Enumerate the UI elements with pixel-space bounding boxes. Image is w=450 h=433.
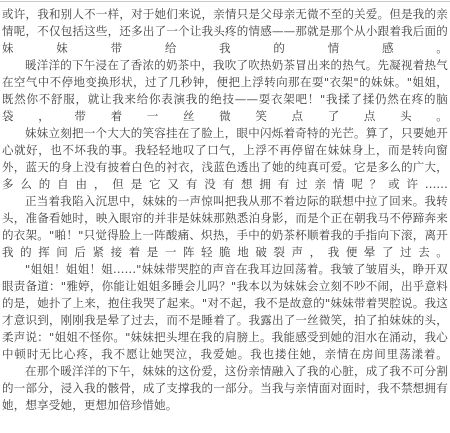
essay-paragraph-2: 暖洋洋的下午浸在了香浓的奶茶中，我吹了吹热奶茶冒出来的热气。先凝视着热气在空气中… bbox=[2, 57, 448, 125]
essay-paragraph-1: 或许，我和别人不一样，对于她们来说，亲情只是父母亲无微不至的关爱。但是我的亲情呢… bbox=[2, 6, 448, 57]
essay-text-block: 或许，我和别人不一样，对于她们来说，亲情只是父母亲无微不至的关爱。但是我的亲情呢… bbox=[2, 6, 448, 414]
essay-paragraph-4: 正当着我陷入沉思中，妹妹的一声惊叫把我从那不着边际的联想中拉了回来。我转头，准备… bbox=[2, 193, 448, 261]
essay-paragraph-6: 在那个暖洋洋的下午，妹妹的这份爱，这份亲情融入了我的心脏，成了我不可分割的一部分… bbox=[2, 363, 448, 414]
top-divider-line bbox=[0, 1, 450, 2]
document-page: 或许，我和别人不一样，对于她们来说，亲情只是父母亲无微不至的关爱。但是我的亲情呢… bbox=[0, 0, 450, 433]
essay-paragraph-3: 妹妹立刻把一个大大的笑容挂在了脸上，眼中闪烁着奇特的光芒。算了，只要她开心就好，… bbox=[2, 125, 448, 193]
essay-paragraph-5: "姐姐！姐姐！姐......"妹妹带哭腔的声音在我耳边回荡着。我皱了皱眉头，睁开… bbox=[2, 261, 448, 363]
